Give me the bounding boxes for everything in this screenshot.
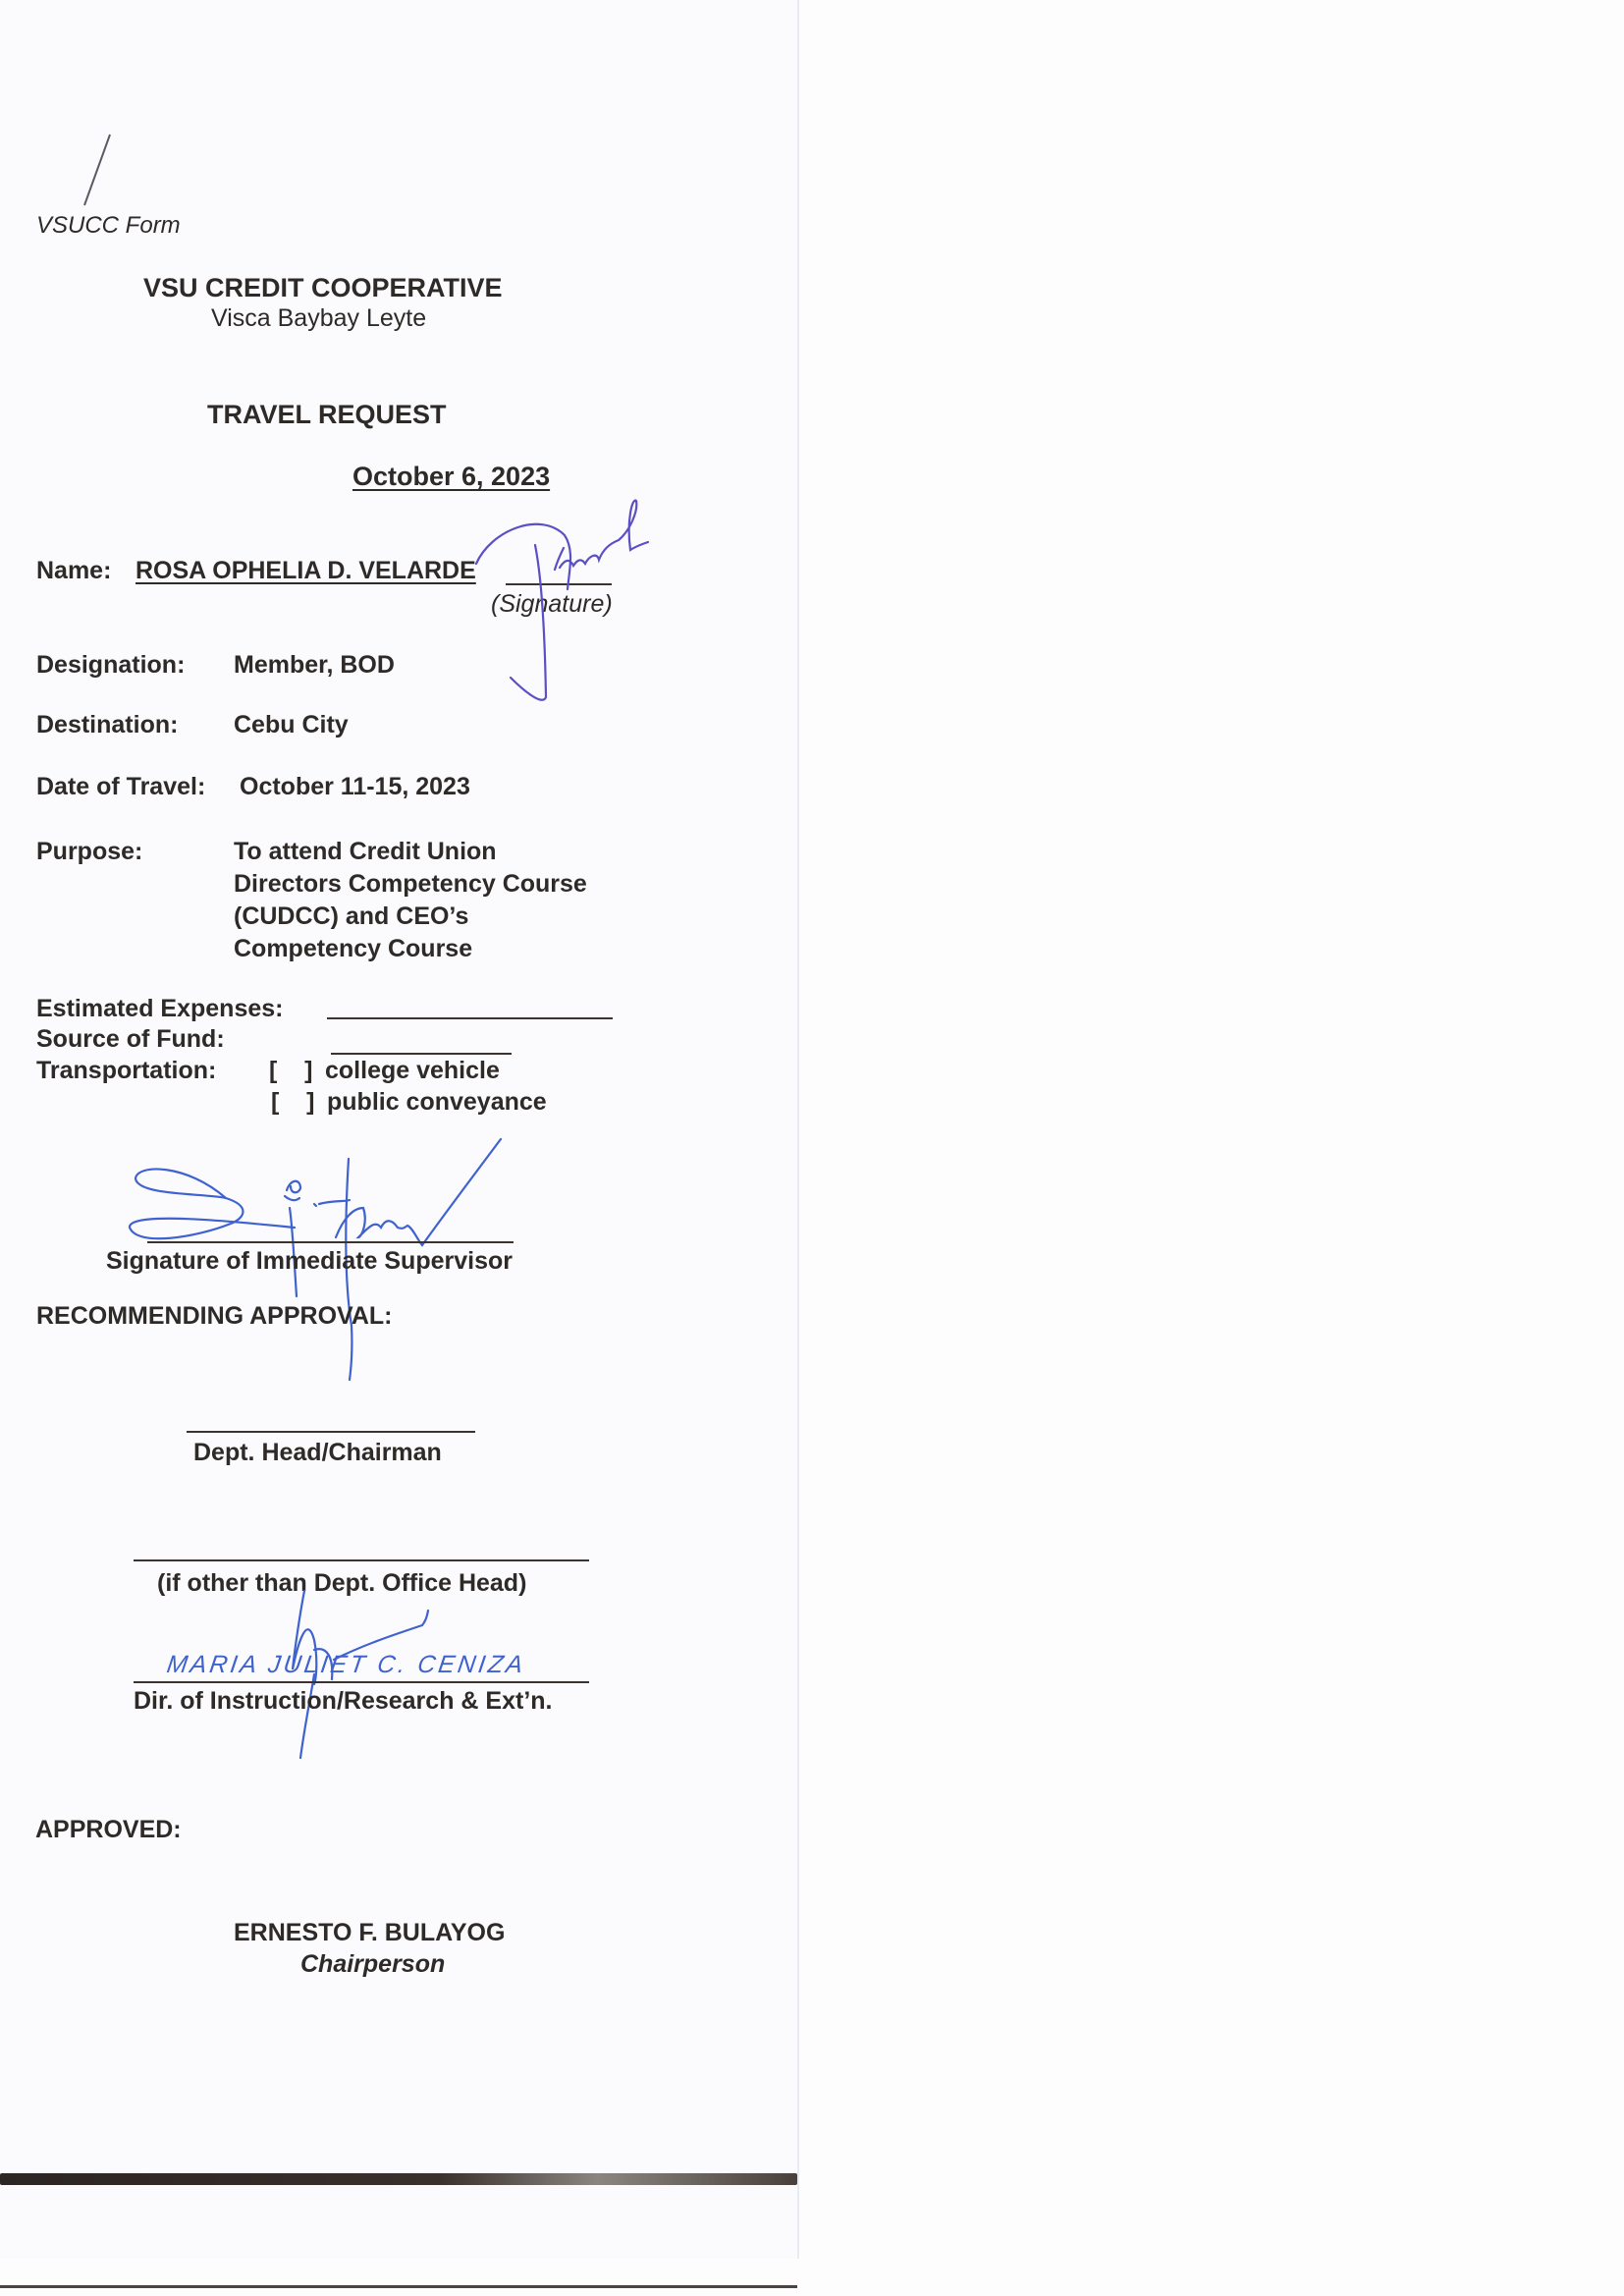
destination-label: Destination: <box>36 713 178 738</box>
designation-label: Designation: <box>36 653 185 678</box>
pen-mark <box>79 133 118 216</box>
public-conveyance-checkbox[interactable]: [ ] <box>271 1090 314 1115</box>
director-signature <box>275 1591 471 1763</box>
source-of-fund-field[interactable] <box>331 1053 512 1055</box>
applicant-signature <box>471 491 668 712</box>
estimated-expenses-label: Estimated Expenses: <box>36 997 284 1021</box>
organization-address: Visca Baybay Leyte <box>211 306 426 331</box>
date-of-travel-label: Date of Travel: <box>36 775 205 799</box>
approver-name: ERNESTO F. BULAYOG <box>234 1921 505 1945</box>
form-label: VSUCC Form <box>36 214 181 238</box>
document-title: TRAVEL REQUEST <box>207 402 447 428</box>
purpose-label: Purpose: <box>36 840 142 864</box>
name-label: Name: <box>36 559 111 583</box>
purpose-line: Competency Course <box>234 937 472 961</box>
supervisor-signature-line <box>147 1241 514 1243</box>
purpose-line: Directors Competency Course <box>234 872 587 897</box>
college-vehicle-checkbox[interactable]: [ ] <box>269 1059 312 1083</box>
name-value: ROSA OPHELIA D. VELARDE <box>135 559 476 583</box>
page-edge-shadow <box>0 2173 797 2185</box>
approver-title: Chairperson <box>300 1952 445 1977</box>
page-bottom-edge <box>0 2285 797 2288</box>
other-head-signature-line <box>134 1559 589 1561</box>
organization-name: VSU CREDIT COOPERATIVE <box>143 275 503 301</box>
document-page: VSUCC Form VSU CREDIT COOPERATIVE Visca … <box>0 0 799 2259</box>
date-of-travel-value: October 11-15, 2023 <box>240 775 470 799</box>
designation-value: Member, BOD <box>234 653 395 678</box>
dept-head-caption: Dept. Head/Chairman <box>193 1441 442 1465</box>
director-caption: Dir. of Instruction/Research & Ext’n. <box>134 1689 552 1714</box>
request-date: October 6, 2023 <box>352 464 550 490</box>
destination-value: Cebu City <box>234 713 349 738</box>
college-vehicle-label: college vehicle <box>325 1059 500 1083</box>
recommending-approval-label: RECOMMENDING APPROVAL: <box>36 1304 393 1329</box>
director-signature-line <box>134 1681 589 1683</box>
approved-label: APPROVED: <box>35 1818 182 1842</box>
purpose-line: (CUDCC) and CEO’s <box>234 904 468 929</box>
source-of-fund-label: Source of Fund: <box>36 1027 225 1052</box>
purpose-line: To attend Credit Union <box>234 840 497 864</box>
transportation-label: Transportation: <box>36 1059 216 1083</box>
public-conveyance-label: public conveyance <box>327 1090 547 1115</box>
estimated-expenses-field[interactable] <box>327 1017 613 1019</box>
dept-head-signature-line <box>187 1431 475 1433</box>
supervisor-caption: Signature of Immediate Supervisor <box>106 1249 513 1274</box>
